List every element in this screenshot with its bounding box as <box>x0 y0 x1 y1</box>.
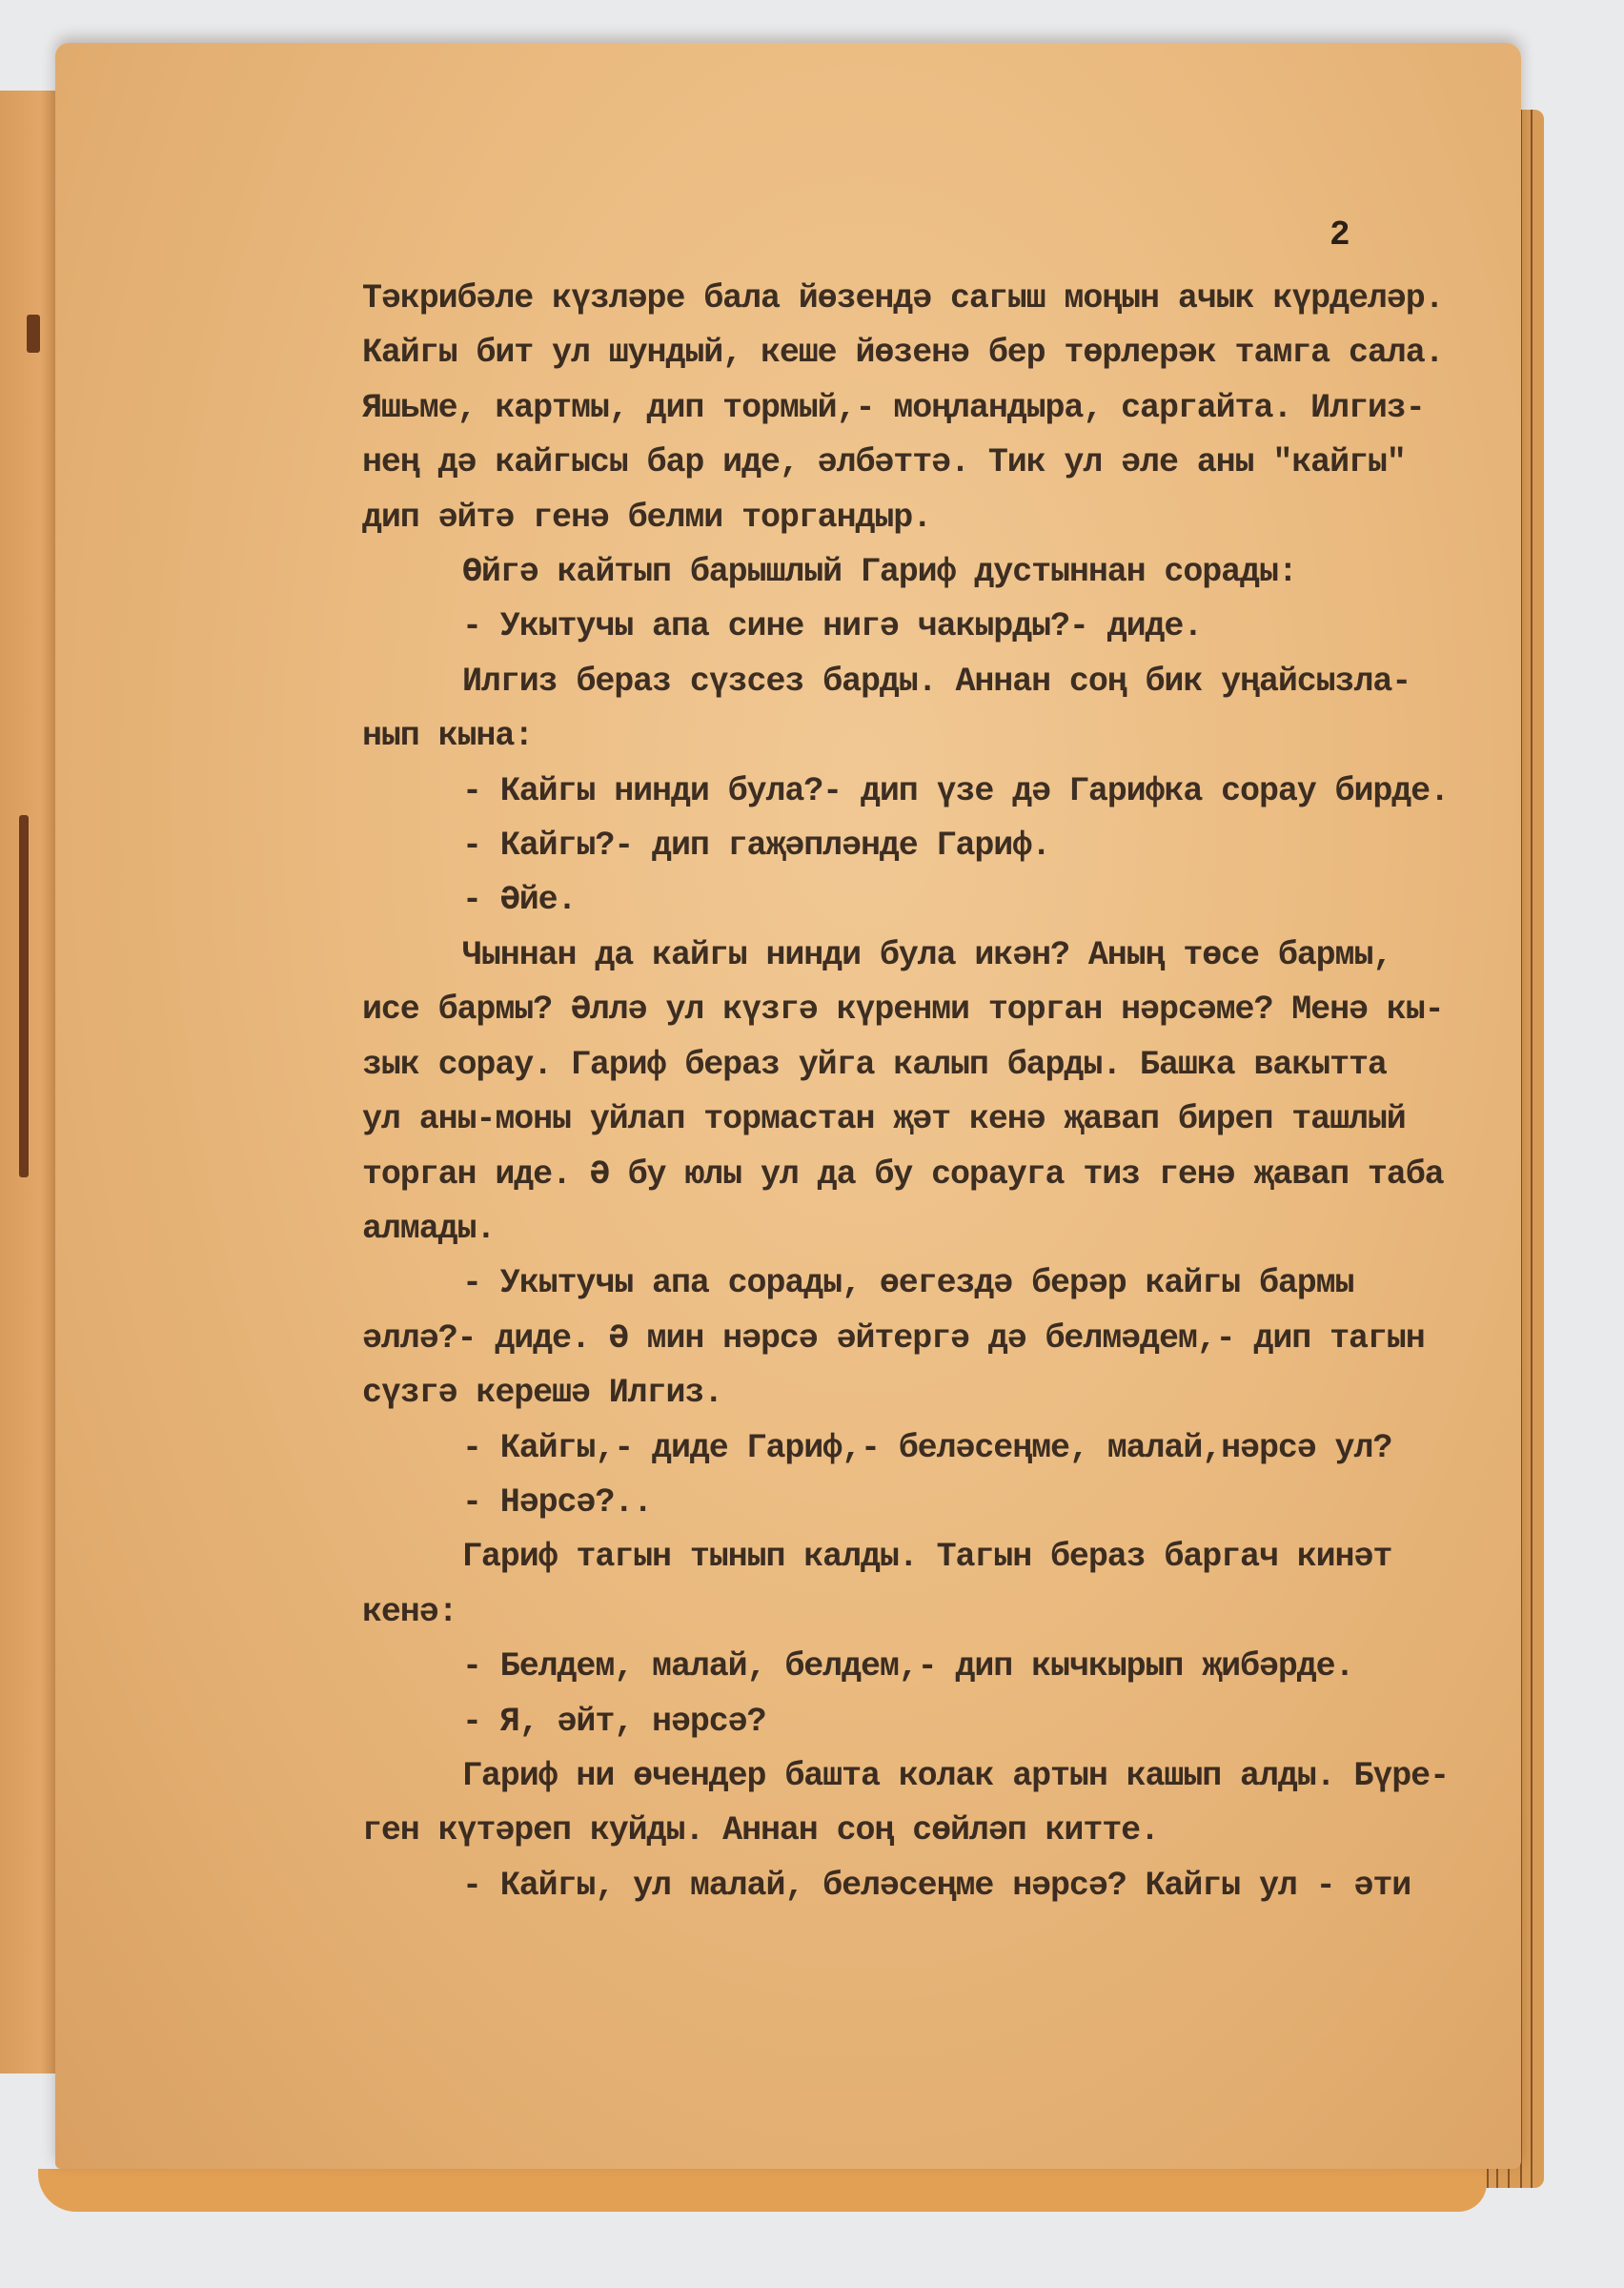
text-line: - Нәрсә?.. <box>362 1476 1530 1530</box>
text-line: - Белдем, малай, белдем,- дип кычкырып җ… <box>362 1640 1530 1694</box>
text-line: әллә?- диде. Ә мин нәрсә әйтергә дә белм… <box>362 1312 1530 1366</box>
text-line: зык сорау. Гариф бераз уйга калып барды.… <box>362 1038 1530 1093</box>
text-line: торган иде. Ә бу юлы ул да бу сорауга ти… <box>362 1148 1530 1202</box>
text-line: нең дә кайгысы бар иде, әлбәттә. Тик ул … <box>362 436 1530 490</box>
text-line: - Кайгы нинди була?- дип үзе дә Гарифка … <box>362 765 1530 819</box>
text-line: алмады. <box>362 1202 1530 1256</box>
text-line: Гариф ни өчендер башта колак артын кашып… <box>362 1749 1530 1804</box>
text-line: - Кайгы?- дип гаҗәпләнде Гариф. <box>362 819 1530 873</box>
text-line: Өйгә кайтып барышлый Гариф дустыннан сор… <box>362 545 1530 600</box>
text-line: ул аны-моны уйлап тормастан җәт кенә җав… <box>362 1093 1530 1147</box>
text-line: ген күтәреп куйды. Аннан соң сөйләп китт… <box>362 1804 1530 1858</box>
page-tear <box>19 815 29 1177</box>
text-line: - Кайгы, ул малай, беләсеңме нәрсә? Кайг… <box>362 1859 1530 1913</box>
text-line: - Укытучы апа сорады, өегездә берәр кайг… <box>362 1256 1530 1311</box>
text-line: дип әйтә генә белми торгандыр. <box>362 491 1530 545</box>
text-line: нып кына: <box>362 709 1530 764</box>
text-line: - Я, әйт, нәрсә? <box>362 1695 1530 1749</box>
text-line: кенә: <box>362 1585 1530 1640</box>
text-line: - Кайгы,- диде Гариф,- беләсеңме, малай,… <box>362 1421 1530 1476</box>
text-line: - Укытучы апа сине нигә чакырды?- диде. <box>362 600 1530 654</box>
text-line: сүзгә керешә Илгиз. <box>362 1366 1530 1420</box>
page-bottom-edge <box>38 2169 1487 2212</box>
text-line: Илгиз бераз сүзсез барды. Аннан соң бик … <box>362 655 1530 709</box>
text-line: Гариф тагын тынып калды. Тагын бераз бар… <box>362 1530 1530 1584</box>
text-line: Чыннан да кайгы нинди була икән? Аның тө… <box>362 929 1530 983</box>
page-body-text: Тәкрибәле күзләре бала йөзендә сагыш моң… <box>362 272 1530 1913</box>
text-line: Яшьме, картмы, дип тормый,- моңландыра, … <box>362 381 1530 436</box>
text-line: Тәкрибәле күзләре бала йөзендә сагыш моң… <box>362 272 1530 326</box>
text-line: - Әйе. <box>362 873 1530 928</box>
text-line: исе бармы? Әллә ул күзгә күренми торган … <box>362 983 1530 1037</box>
text-line: Кайгы бит ул шундый, кеше йөзенә бер төр… <box>362 326 1530 380</box>
page-number: 2 <box>1330 215 1350 255</box>
page-tear <box>27 315 40 353</box>
